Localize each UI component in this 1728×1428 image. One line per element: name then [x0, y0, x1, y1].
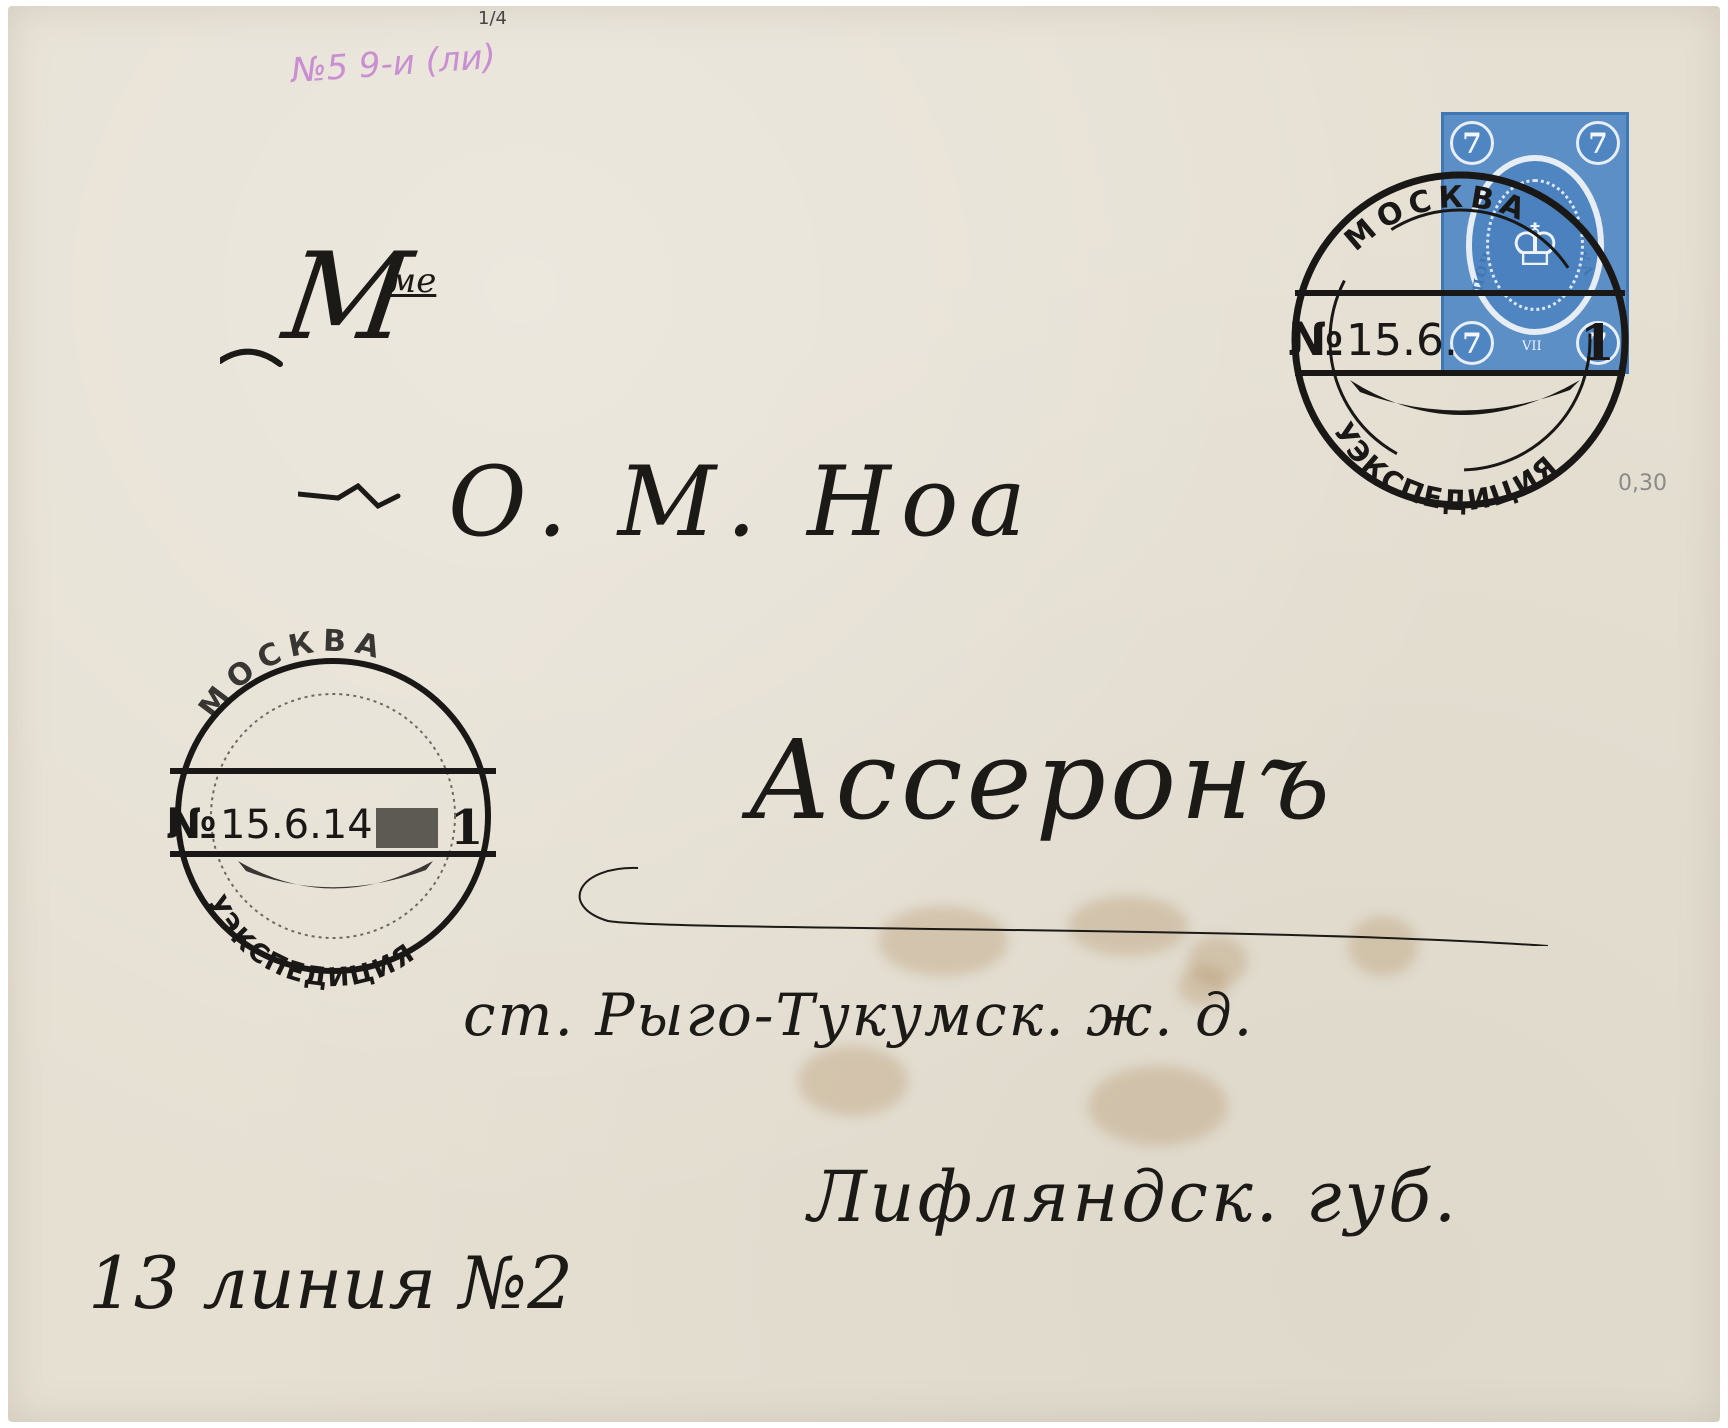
svg-text:№: № — [1288, 312, 1343, 366]
addressee-name: О. М. Ноа — [448, 446, 1036, 558]
envelope: №5 9-и (ли) 1/4 0,30 M ме О. М. Ноа Ассе… — [8, 6, 1720, 1422]
violet-inventory-note: №5 9-и (ли) — [290, 37, 497, 91]
stain — [1088, 1066, 1228, 1146]
postmark-left: МОСКВА УЭКСПЕДИЦИЯ № 15.6.14 1 — [158, 656, 508, 981]
stain — [798, 1046, 908, 1116]
svg-text:МОСКВА: МОСКВА — [192, 624, 391, 725]
svg-text:15.6.: 15.6. — [1346, 315, 1458, 366]
addressee-city: Ассеронъ — [748, 716, 1334, 844]
svg-text:МОСКВА: МОСКВА — [1338, 180, 1535, 259]
city-underline-flourish — [568, 866, 1558, 946]
postmark-top-right: МОСКВА УЭКСПЕДИЦИЯ № 15.6. 1 — [1280, 170, 1640, 515]
ink-blot — [220, 336, 290, 376]
top-pencil-mark: 1/4 — [478, 8, 507, 29]
sender-address-note: 13 линия №2 — [88, 1241, 573, 1325]
svg-text:1: 1 — [450, 800, 483, 856]
svg-text:№: № — [166, 799, 217, 848]
address-line-railway: ст. Рыго-Тукумск. ж. д. — [463, 981, 1254, 1049]
svg-text:1: 1 — [1580, 313, 1615, 372]
svg-text:УЭКСПЕДИЦИЯ: УЭКСПЕДИЦИЯ — [1327, 417, 1565, 518]
svg-text:15.6.14: 15.6.14 — [220, 802, 373, 848]
svg-text:УЭКСПЕДИЦИЯ: УЭКСПЕДИЦИЯ — [201, 891, 421, 994]
ink-smudge — [298, 476, 408, 526]
salutation-suffix: ме — [388, 261, 436, 301]
address-line-province: Лифляндск. губ. — [808, 1156, 1459, 1238]
